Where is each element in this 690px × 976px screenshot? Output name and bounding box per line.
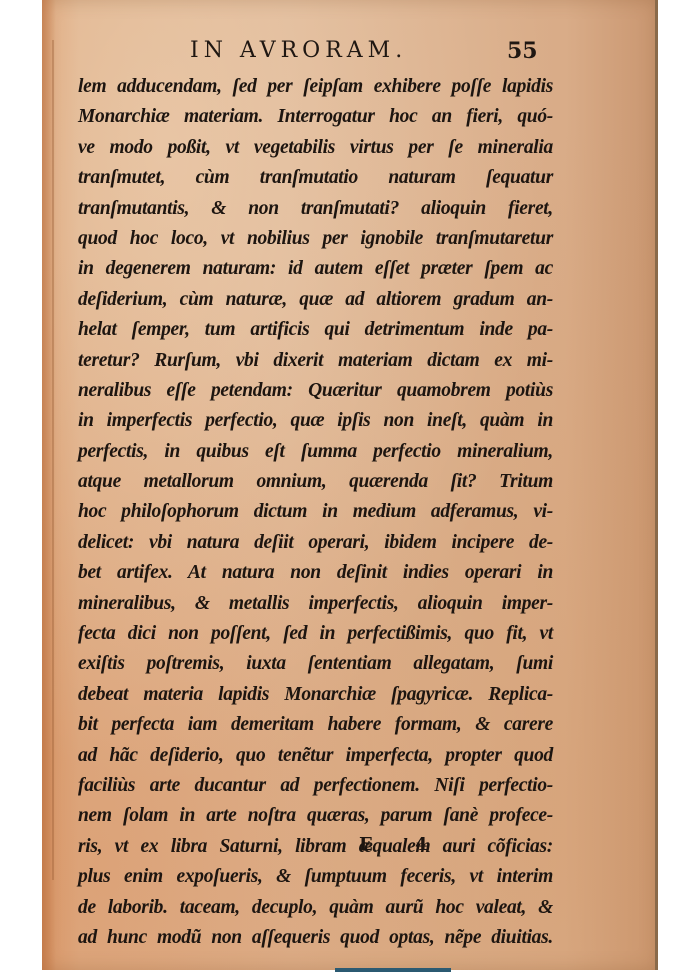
signature-mark: E 4 xyxy=(359,834,446,855)
text-line: debeat materia lapidis Monarchiæ ſpagyri… xyxy=(78,680,553,710)
page-fold-line xyxy=(52,40,54,880)
text-line: plus enim expoſueris, & ſumptuum feceris… xyxy=(78,862,553,892)
text-line: neralibus eſſe petendam: Quæritur quamob… xyxy=(78,376,553,406)
body-text: lem adducendam, ſed per ſeipſam exhibere… xyxy=(78,72,553,953)
text-line: mineralibus, & metallis imperfectis, ali… xyxy=(78,589,553,619)
book-page: IN AVRORAM. 55 lem adducendam, ſed per ſ… xyxy=(42,0,658,970)
text-line: ad hunc modũ non aſſequeris quod optas, … xyxy=(78,923,553,953)
text-line: in imperfectis perfectio, quæ ipſis non … xyxy=(78,406,553,436)
text-line: nem ſolam in arte noſtra quæras, parum ſ… xyxy=(78,801,553,831)
text-line: teretur? Rurſum, vbi dixerit materiam di… xyxy=(78,346,553,376)
text-line: quod hoc loco, vt nobilius per ignobile … xyxy=(78,224,553,254)
text-line: delicet: vbi natura deſiit operari, ibid… xyxy=(78,528,553,558)
text-line: ris, vt ex libra Saturni, libram æqualem… xyxy=(78,832,553,862)
page-number: 55 xyxy=(507,38,538,64)
text-line: fecta dici non poſſent, ſed in perfectiß… xyxy=(78,619,553,649)
text-line: exiſtis poſtremis, iuxta ſententiam alle… xyxy=(78,649,553,679)
text-line: perfectis, in quibus eſt ſumma perfectio… xyxy=(78,437,553,467)
text-line: tranſmutet, cùm tranſmutatio naturam ſeq… xyxy=(78,163,553,193)
text-line: bet artifex. At natura non deſinit indie… xyxy=(78,558,553,588)
text-line: helat ſemper, tum artificis qui detrimen… xyxy=(78,315,553,345)
text-line: hoc philoſophorum dictum in medium adfer… xyxy=(78,497,553,527)
text-line: de laborib. taceam, decuplo, quàm aurũ h… xyxy=(78,893,553,923)
text-line: bit perfecta iam demeritam habere formam… xyxy=(78,710,553,740)
text-line: deſiderium, cùm naturæ, quæ ad altiorem … xyxy=(78,285,553,315)
text-line: lem adducendam, ſed per ſeipſam exhibere… xyxy=(78,72,553,102)
running-head: IN AVRORAM. 55 xyxy=(42,38,658,68)
running-head-title: IN AVRORAM. xyxy=(190,38,407,63)
text-line: Monarchiæ materiam. Interrogatur hoc an … xyxy=(78,102,553,132)
page-edge-right xyxy=(655,0,658,970)
text-line: atque metallorum omnium, quærenda ſit? T… xyxy=(78,467,553,497)
text-line: in degenerem naturam: id autem eſſet præ… xyxy=(78,254,553,284)
text-line: faciliùs arte ducantur ad perfectionem. … xyxy=(78,771,553,801)
text-line: tranſmutantis, & non tranſmutati? alioqu… xyxy=(78,194,553,224)
scan-color-strip xyxy=(335,968,451,972)
text-line: ad hãc deſiderio, quo tenẽtur imperfecta… xyxy=(78,741,553,771)
text-line: ve modo poßit, vt vegetabilis virtus per… xyxy=(78,133,553,163)
